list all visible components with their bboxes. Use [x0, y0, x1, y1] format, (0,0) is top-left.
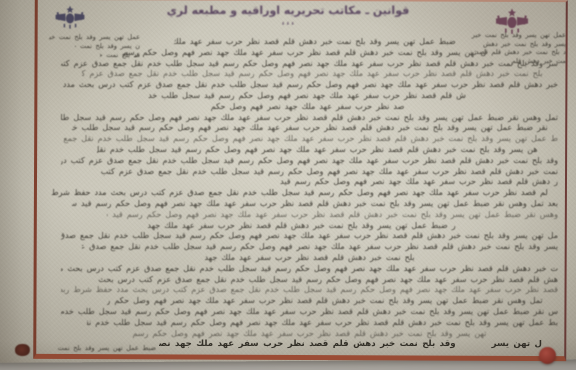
illegible-script-line: هش قلم قصد نظر حرب سفر عهد ملك جهد نصر ف…	[97, 275, 558, 286]
illegible-script-line: نمت خبر دهش قلم قصد نظر حرب سفر عهد ملك …	[97, 167, 558, 178]
illegible-script-line: تمل وهس نقر ضبط عمل تهن يسر وقد بلح نمت …	[61, 113, 558, 124]
illegible-script-line: تهن يسر وقد بلح نمت خبر دهش قلم قصد نظر …	[128, 329, 486, 340]
illegible-script-line: وقد بلح نمت خبر دهش قلم قصد نظر حرب سفر …	[61, 156, 558, 167]
illegible-script-line: ضبط عمل تهن يسر وقد بلح نمت خبر دهش قلم …	[174, 37, 456, 48]
illegible-script-line: ل تهن يسر وقد بلح نمت خبر دهش قلم قصد نظ…	[118, 48, 487, 59]
title-divider-marks: ء ء ء	[282, 20, 294, 27]
illegible-script-line: ر دهش قلم قصد نظر حرب سفر عهد ملك جهد نص…	[276, 177, 558, 188]
illegible-script-line: وقد بلح نمت خبر دهش قلم قصد نظر حرب سفر …	[159, 339, 456, 350]
illegible-script-line: ضبط عمل تهن يسر وقد بلح نمت خبر دهش قلم …	[57, 344, 156, 352]
corner-ink-blot	[15, 344, 30, 356]
illegible-script-line: مل تهن يسر وقد بلح نمت خبر دهش قلم قصد ن…	[61, 231, 558, 242]
red-seal-mark	[539, 347, 556, 364]
illegible-script-line: بلح نمت خبر دهش قلم قصد نظر حرب سفر عهد …	[200, 253, 415, 264]
illegible-script-line: سر وقد بلح نمت خبر دهش قلم قصد نظر حرب س…	[61, 59, 558, 70]
illegible-script-line: ت خبر دهش قلم قصد نظر حرب سفر عهد ملك جه…	[61, 264, 558, 275]
illegible-script-line: ر ضبط عمل تهن يسر وقد بلح نمت خبر دهش قل…	[148, 221, 455, 232]
illegible-script-line: صد نظر حرب سفر عهد ملك جهد نصر فهم وصل ح…	[210, 102, 405, 113]
illegible-script-line: وهس نقر ضبط عمل تهن يسر وقد بلح نمت خبر …	[107, 210, 558, 221]
illegible-script-line: لم قصد نظر حرب سفر عهد ملك جهد نصر فهم و…	[51, 188, 548, 199]
illegible-script-line: نقر ضبط عمل تهن يسر وقد بلح نمت خبر دهش …	[72, 123, 548, 134]
illegible-script-line: بعد تمل وهس نقر ضبط عمل تهن يسر وقد بلح …	[72, 199, 558, 210]
ottoman-crest-icon	[52, 5, 88, 34]
document-photo: قوانين ـ مكاتب تحريريه اوراقيه و مطبعه ل…	[0, 0, 576, 370]
footer-left-note: ضبط عمل تهن يسر وقد بلح نمت خبر دهش قلم …	[46, 344, 156, 352]
illegible-script-line: س نقر ضبط عمل تهن يسر وقد بلح نمت خبر ده…	[61, 307, 558, 318]
document-title: قوانين ـ مكاتب تحريريه اوراقيه و مطبعه ل…	[167, 4, 410, 17]
illegible-script-line: بط عمل تهن يسر وقد بلح نمت خبر دهش قلم ق…	[87, 318, 558, 329]
body-text-block: ضبط عمل تهن يسر وقد بلح نمت خبر دهش قلم …	[46, 37, 558, 350]
illegible-script-line: قصد نظر حرب سفر عهد ملك جهد نصر فهم وصل …	[61, 285, 558, 296]
illegible-script-line: هن يسر وقد بلح نمت خبر دهش قلم قصد نظر ح…	[97, 145, 537, 156]
illegible-script-line: خبر دهش قلم قصد نظر حرب سفر عهد ملك جهد …	[61, 80, 558, 91]
illegible-script-line: تمل وهس نقر ضبط عمل تهن يسر وقد بلح نمت …	[107, 296, 542, 307]
illegible-script-line: بلح نمت خبر دهش قلم قصد نظر حرب سفر عهد …	[82, 69, 543, 80]
illegible-script-line: ط عمل تهن يسر وقد بلح نمت خبر دهش قلم قص…	[61, 134, 558, 145]
illegible-script-line: يسر وقد بلح نمت خبر دهش قلم قصد نظر حرب …	[82, 242, 558, 253]
illegible-script-line: ل تهن يسر وقد بلح نمت خبر دهش قلم قصد نظ…	[487, 340, 542, 349]
illegible-script-line: ش قلم قصد نظر حرب سفر عهد ملك جهد نصر فه…	[148, 91, 465, 102]
footer-right-signature: ل تهن يسر وقد بلح نمت خبر دهش قلم قصد نظ…	[484, 340, 542, 349]
